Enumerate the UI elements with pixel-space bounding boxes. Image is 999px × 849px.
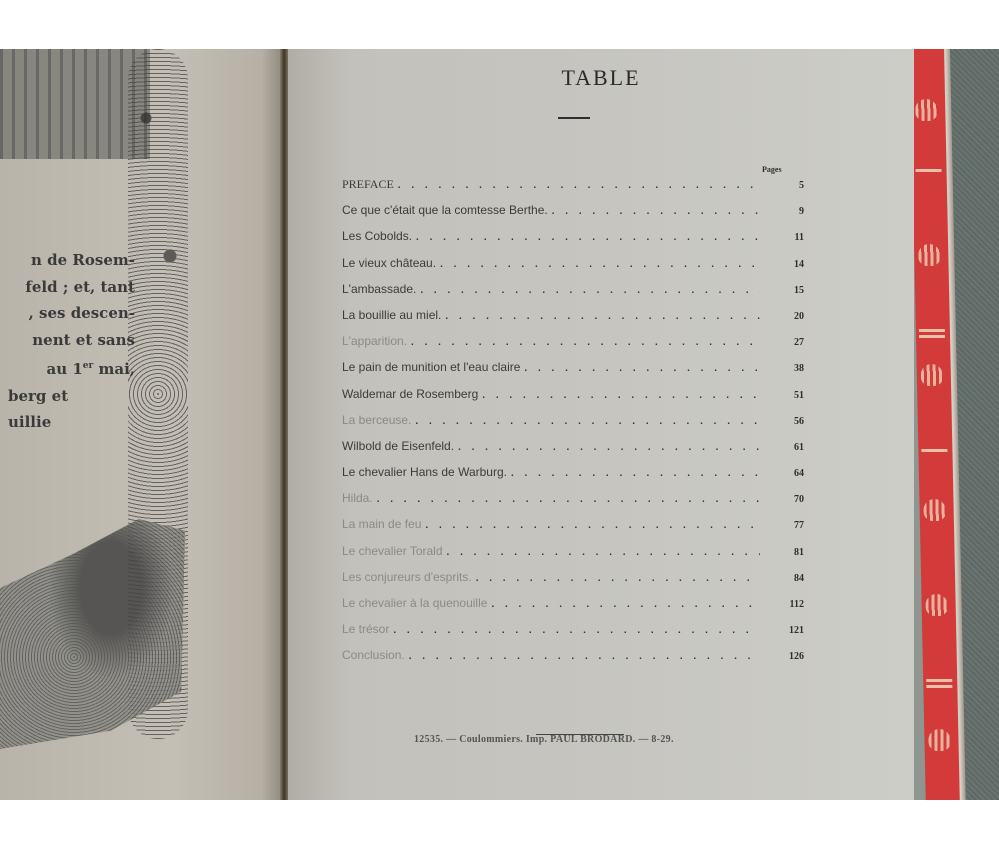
dot-leader: . . . . . . . . . . . . . . . . . . . . … bbox=[411, 337, 760, 348]
toc-entry-page: 27 bbox=[760, 337, 804, 348]
page-title: TABLE bbox=[288, 65, 914, 91]
toc-entry-page: 70 bbox=[760, 494, 804, 505]
toc-entry: Les Cobolds.. . . . . . . . . . . . . . … bbox=[342, 229, 804, 255]
cover-stripe bbox=[921, 449, 947, 452]
text-line: uillie bbox=[0, 409, 135, 436]
toc-entry-page: 56 bbox=[760, 416, 804, 427]
toc-entry-title: PREFACE bbox=[342, 177, 398, 192]
toc-entry-page: 112 bbox=[760, 599, 804, 610]
toc-entry-title: Conclusion. bbox=[342, 648, 409, 662]
dot-leader: . . . . . . . . . . . . . . . . . . . . … bbox=[398, 180, 760, 191]
printer-imprint: 12535. — Coulommiers. Imp. PAUL BRODARD.… bbox=[414, 734, 674, 745]
toc-entry-title: La bouillie au miel. bbox=[342, 308, 445, 322]
toc-entry: Le trésor. . . . . . . . . . . . . . . .… bbox=[342, 622, 804, 648]
dot-leader: . . . . . . . . . . . . . . . . . . . . … bbox=[377, 494, 760, 505]
toc-entry-page: 77 bbox=[760, 520, 804, 531]
dot-leader: . . . . . . . . . . . . . . . . . . . . … bbox=[415, 416, 760, 427]
floral-motif-icon bbox=[928, 729, 950, 751]
toc-entry-title: L'ambassade. bbox=[342, 282, 420, 296]
toc-entry-page: 9 bbox=[760, 206, 804, 217]
toc-entry-page: 15 bbox=[760, 285, 804, 296]
dot-leader: . . . . . . . . . . . . . . . . . . . . … bbox=[458, 442, 760, 453]
book-photo: n de Rosem- feld ; et, tant , ses descen… bbox=[0, 49, 999, 800]
floral-motif-icon bbox=[915, 99, 937, 121]
toc-entry-title: Ce que c'était que la comtesse Berthe. bbox=[342, 203, 552, 217]
text-line: au 1er mai, bbox=[0, 353, 135, 383]
toc-entry: Le vieux château.. . . . . . . . . . . .… bbox=[342, 256, 804, 282]
dot-leader: . . . . . . . . . . . . . . . . . . . . … bbox=[511, 468, 760, 479]
toc-entry-page: 38 bbox=[760, 363, 804, 374]
toc-entry: PREFACE. . . . . . . . . . . . . . . . .… bbox=[342, 177, 804, 203]
toc-entry-page: 61 bbox=[760, 442, 804, 453]
floral-motif-icon bbox=[923, 499, 945, 521]
toc-entry: Ce que c'était que la comtesse Berthe.. … bbox=[342, 203, 804, 229]
toc-entry-title: Hilda. bbox=[342, 491, 377, 505]
toc-entry: Le chevalier à la quenouille. . . . . . … bbox=[342, 596, 804, 622]
toc-entry-page: 126 bbox=[760, 651, 804, 662]
dot-leader: . . . . . . . . . . . . . . . . . . . . … bbox=[524, 363, 760, 374]
floral-motif-icon bbox=[918, 244, 940, 266]
pages-column-label: Pages bbox=[762, 165, 782, 174]
toc-entry-title: La main de feu bbox=[342, 517, 425, 531]
text-fragment: mai, bbox=[93, 360, 135, 378]
toc-entry: Waldemar de Rosemberg. . . . . . . . . .… bbox=[342, 387, 804, 413]
cover-stripe bbox=[919, 329, 945, 332]
toc-entry-title: Le chevalier à la quenouille bbox=[342, 596, 491, 610]
toc-entry-title: Le chevalier Hans de Warburg. bbox=[342, 465, 511, 479]
toc-entry-title: Le pain de munition et l'eau claire bbox=[342, 360, 524, 374]
right-page: TABLE Pages PREFACE. . . . . . . . . . .… bbox=[288, 49, 914, 800]
toc-entry-page: 20 bbox=[760, 311, 804, 322]
table-of-contents: PREFACE. . . . . . . . . . . . . . . . .… bbox=[342, 177, 804, 675]
dot-leader: . . . . . . . . . . . . . . . . . . . . … bbox=[420, 285, 760, 296]
title-rule bbox=[558, 117, 590, 119]
toc-entry-page: 81 bbox=[760, 547, 804, 558]
cover-stripe bbox=[916, 169, 942, 172]
left-page-text: n de Rosem- feld ; et, tant , ses descen… bbox=[0, 247, 135, 436]
left-page: n de Rosem- feld ; et, tant , ses descen… bbox=[0, 49, 284, 800]
toc-entry-title: Wilbold de Eisenfeld. bbox=[342, 439, 458, 453]
toc-entry: La berceuse.. . . . . . . . . . . . . . … bbox=[342, 413, 804, 439]
toc-entry: Conclusion.. . . . . . . . . . . . . . .… bbox=[342, 648, 804, 674]
cover-stripe bbox=[919, 335, 945, 338]
toc-entry-title: Les conjureurs d'esprits. bbox=[342, 570, 476, 584]
dot-leader: . . . . . . . . . . . . . . . . . . . . … bbox=[447, 547, 760, 558]
dot-leader: . . . . . . . . . . . . . . . . . . . . … bbox=[445, 311, 760, 322]
cover-stripe bbox=[926, 679, 952, 682]
toc-entry: Les conjureurs d'esprits.. . . . . . . .… bbox=[342, 570, 804, 596]
text-line: feld ; et, tant bbox=[0, 274, 135, 301]
toc-entry: La main de feu. . . . . . . . . . . . . … bbox=[342, 517, 804, 543]
toc-entry-page: 5 bbox=[760, 180, 804, 191]
book-gutter bbox=[280, 49, 288, 800]
toc-entry: Le pain de munition et l'eau claire. . .… bbox=[342, 360, 804, 386]
toc-entry-page: 84 bbox=[760, 573, 804, 584]
dot-leader: . . . . . . . . . . . . . . . . . . . . … bbox=[476, 573, 760, 584]
dot-leader: . . . . . . . . . . . . . . . . . . . . … bbox=[440, 259, 760, 270]
text-line: n de Rosem- bbox=[0, 247, 135, 274]
dot-leader: . . . . . . . . . . . . . . . . . . . . … bbox=[491, 599, 760, 610]
dot-leader: . . . . . . . . . . . . . . . . . . . . … bbox=[409, 651, 760, 662]
toc-entry-title: La berceuse. bbox=[342, 413, 415, 427]
toc-entry-title: Le chevalier Torald bbox=[342, 544, 447, 558]
toc-entry: Le chevalier Torald. . . . . . . . . . .… bbox=[342, 544, 804, 570]
toc-entry-title: L'apparition. bbox=[342, 334, 411, 348]
cover-stripe bbox=[926, 685, 952, 688]
toc-entry-page: 121 bbox=[760, 625, 804, 636]
toc-entry-page: 51 bbox=[760, 390, 804, 401]
floral-motif-icon bbox=[925, 594, 947, 616]
toc-entry-title: Le trésor bbox=[342, 622, 393, 636]
toc-entry-page: 64 bbox=[760, 468, 804, 479]
toc-entry: La bouillie au miel.. . . . . . . . . . … bbox=[342, 308, 804, 334]
text-line: , ses descen- bbox=[0, 300, 135, 327]
toc-entry-page: 11 bbox=[760, 232, 804, 243]
text-fragment: au 1 bbox=[47, 360, 83, 378]
floral-motif-icon bbox=[921, 364, 943, 386]
superscript: er bbox=[83, 361, 93, 371]
toc-entry: L'apparition.. . . . . . . . . . . . . .… bbox=[342, 334, 804, 360]
toc-entry: L'ambassade.. . . . . . . . . . . . . . … bbox=[342, 282, 804, 308]
text-line: nent et sans bbox=[0, 327, 135, 354]
dot-leader: . . . . . . . . . . . . . . . . . . . . … bbox=[425, 520, 760, 531]
toc-entry: Wilbold de Eisenfeld.. . . . . . . . . .… bbox=[342, 439, 804, 465]
dot-leader: . . . . . . . . . . . . . . . . . . . . … bbox=[393, 625, 760, 636]
toc-entry-title: Waldemar de Rosemberg bbox=[342, 387, 482, 401]
toc-entry-title: Les Cobolds. bbox=[342, 229, 416, 243]
dot-leader: . . . . . . . . . . . . . . . . . . . . … bbox=[416, 232, 760, 243]
toc-entry: Hilda.. . . . . . . . . . . . . . . . . … bbox=[342, 491, 804, 517]
toc-entry: Le chevalier Hans de Warburg.. . . . . .… bbox=[342, 465, 804, 491]
dot-leader: . . . . . . . . . . . . . . . . . . . . … bbox=[552, 206, 760, 217]
toc-entry-title: Le vieux château. bbox=[342, 256, 440, 270]
dot-leader: . . . . . . . . . . . . . . . . . . . . … bbox=[482, 390, 760, 401]
toc-entry-page: 14 bbox=[760, 259, 804, 270]
text-line: berg et bbox=[0, 383, 135, 410]
